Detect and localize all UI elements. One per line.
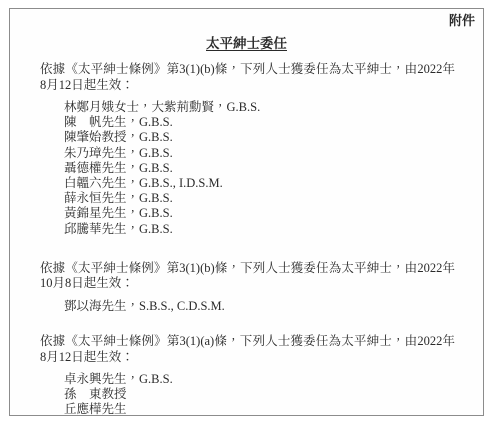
sections-container: 依據《太平紳士條例》第3(1)(b)條，下列人士獲委任為太平紳士，由2022年8…	[40, 62, 455, 416]
appointee-name: 朱乃璋先生，G.B.S.	[64, 146, 455, 161]
appointee-name: 薛永恒先生，G.B.S.	[64, 191, 455, 206]
appointment-section: 依據《太平紳士條例》第3(1)(b)條，下列人士獲委任為太平紳士，由2022年8…	[40, 62, 455, 237]
section-intro-text: 依據《太平紳士條例》第3(1)(a)條，下列人士獲委任為太平紳士，由2022年8…	[40, 334, 455, 365]
appointee-name: 白韞六先生，G.B.S., I.D.S.M.	[64, 176, 455, 191]
appointee-name: 黃錦星先生，G.B.S.	[64, 206, 455, 221]
appointment-section: 依據《太平紳士條例》第3(1)(a)條，下列人士獲委任為太平紳士，由2022年8…	[40, 334, 455, 416]
appointee-name: 鄧以海先生，S.B.S., C.D.S.M.	[64, 299, 455, 314]
section-intro-text: 依據《太平紳士條例》第3(1)(b)條，下列人士獲委任為太平紳士，由2022年8…	[40, 62, 455, 93]
page-title: 太平紳士委任	[10, 36, 483, 52]
appointee-names-list: 鄧以海先生，S.B.S., C.D.S.M.	[64, 299, 455, 314]
appointee-names-list: 卓永興先生，G.B.S.孫 東教授丘應樺先生	[64, 372, 455, 416]
appointee-name: 卓永興先生，G.B.S.	[64, 372, 455, 387]
appointee-name: 陳肇始教授，G.B.S.	[64, 130, 455, 145]
appointee-name: 陳 帆先生，G.B.S.	[64, 115, 455, 130]
appointee-name: 丘應樺先生	[64, 402, 455, 416]
appointment-section: 依據《太平紳士條例》第3(1)(b)條，下列人士獲委任為太平紳士，由2022年1…	[40, 261, 455, 314]
appointee-name: 孫 東教授	[64, 387, 455, 402]
section-intro-text: 依據《太平紳士條例》第3(1)(b)條，下列人士獲委任為太平紳士，由2022年1…	[40, 261, 455, 292]
document-page: 附件 太平紳士委任 依據《太平紳士條例》第3(1)(b)條，下列人士獲委任為太平…	[9, 8, 484, 416]
appointee-name: 林鄭月娥女士，大紫荊勳賢，G.B.S.	[64, 100, 455, 115]
appointee-names-list: 林鄭月娥女士，大紫荊勳賢，G.B.S.陳 帆先生，G.B.S.陳肇始教授，G.B…	[64, 100, 455, 237]
appointee-name: 邱騰華先生，G.B.S.	[64, 222, 455, 237]
attachment-corner-label: 附件	[10, 13, 475, 28]
appointee-name: 聶德權先生，G.B.S.	[64, 161, 455, 176]
